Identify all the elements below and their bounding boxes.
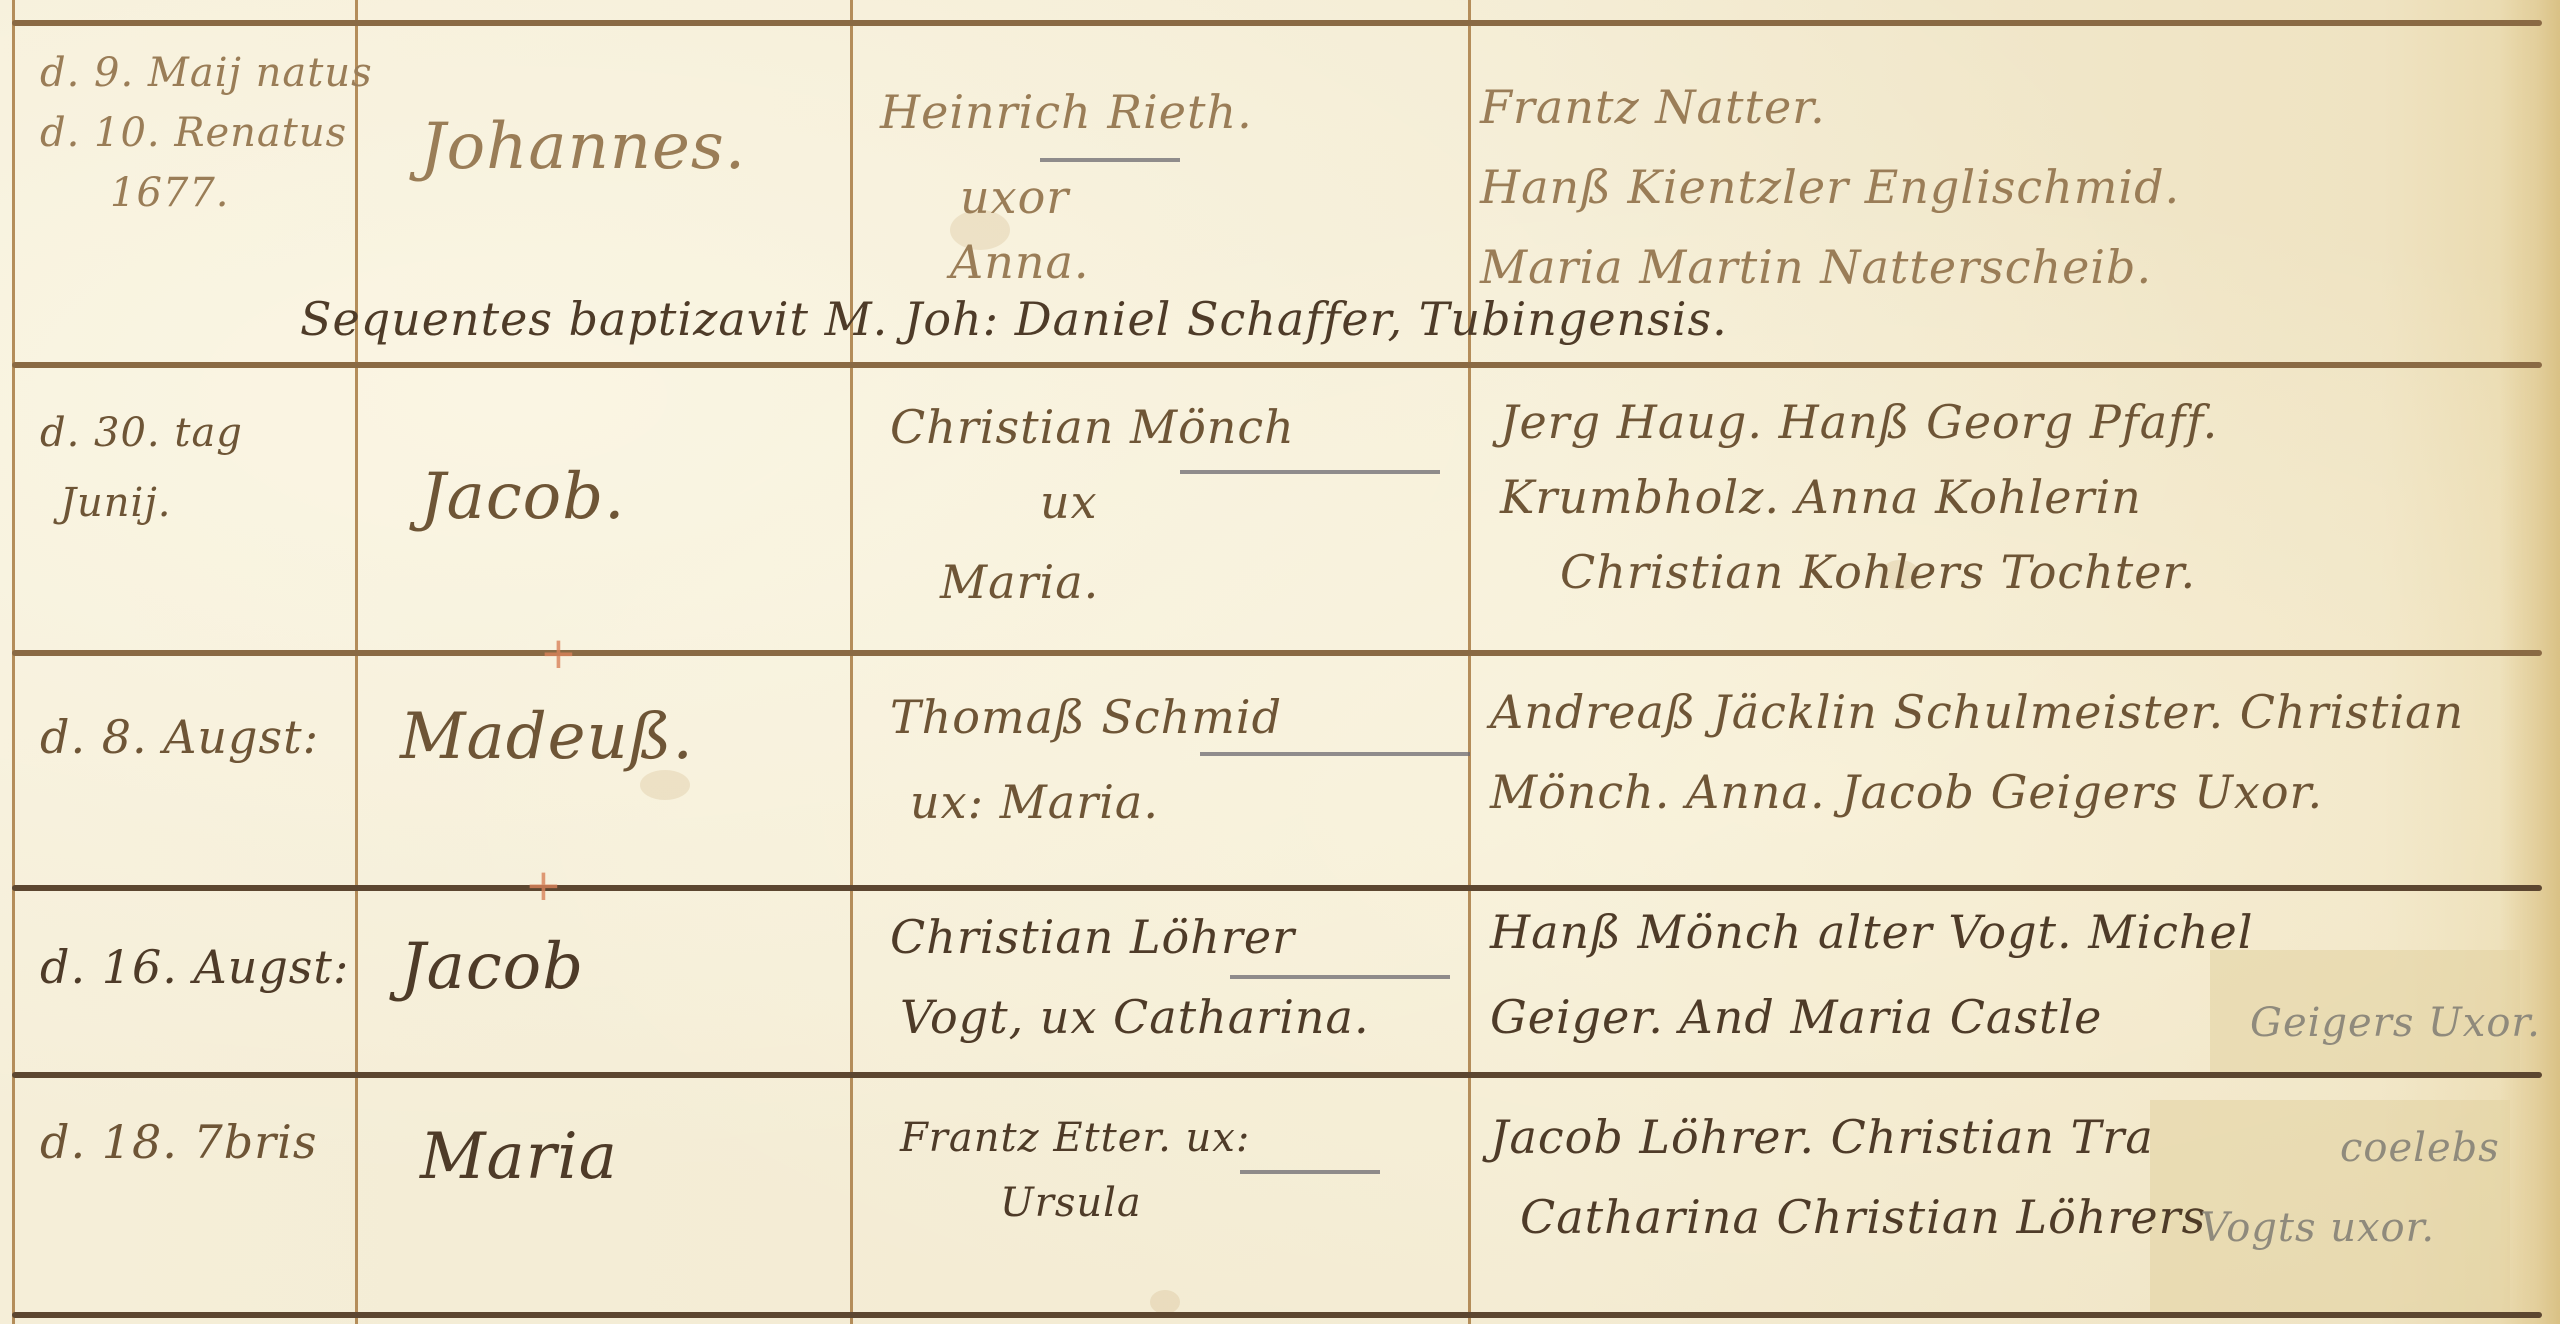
red-cross-mark: +	[525, 860, 562, 911]
godparents-line: Maria Martin Natterscheib.	[1480, 240, 2152, 294]
child-name: Jacob.	[420, 460, 626, 534]
parents-line: Maria.	[940, 555, 1099, 609]
date-line: d. 9. Maij natus	[40, 50, 373, 96]
pencil-addition: Geigers Uxor.	[2250, 1000, 2541, 1046]
column-rule	[12, 0, 15, 1324]
child-name: Jacob	[400, 930, 584, 1004]
date-line: d. 18. 7bris	[40, 1115, 318, 1169]
date-line: 1677.	[110, 170, 230, 216]
pencil-addition: coelebs	[2340, 1125, 2500, 1171]
child-name: Madeuß.	[400, 700, 694, 774]
godparents-line: Hanß Mönch alter Vogt. Michel	[1490, 905, 2253, 959]
godparents-line: Jacob Löhrer. Christian Tra	[1490, 1110, 2154, 1164]
paper-stain	[640, 770, 690, 800]
child-name: Johannes.	[420, 110, 746, 184]
row-rule	[12, 362, 2542, 368]
godparents-line: Krumbholz. Anna Kohlerin	[1500, 470, 2142, 524]
parents-line: Ursula	[1000, 1180, 1142, 1226]
godparents-line: Andreaß Jäcklin Schulmeister. Christian	[1490, 685, 2464, 739]
parents-line: Christian Mönch	[890, 400, 1295, 454]
paper-stain	[1150, 1290, 1180, 1314]
pencil-underline	[1200, 752, 1470, 756]
godparents-line: Frantz Natter.	[1480, 80, 1826, 134]
clergy-note: Sequentes baptizavit M. Joh: Daniel Scha…	[300, 292, 1728, 346]
parents-line: Christian Löhrer	[890, 910, 1295, 964]
parents-line: Frantz Etter. ux:	[900, 1115, 1250, 1161]
row-rule	[12, 650, 2542, 656]
row-rule	[12, 1072, 2542, 1078]
pencil-underline	[1180, 470, 1440, 474]
godparents-line: Mönch. Anna. Jacob Geigers Uxor.	[1490, 765, 2323, 819]
column-rule	[850, 0, 853, 1324]
row-rule	[12, 20, 2542, 26]
parents-line: ux	[1040, 475, 1098, 529]
parents-line: Vogt, ux Catharina.	[900, 990, 1370, 1044]
child-name: Maria	[420, 1120, 618, 1194]
column-rule	[355, 0, 358, 1324]
register-page: + + d. 9. Maij natus d. 10. Renatus 1677…	[0, 0, 2560, 1324]
column-rule	[1468, 0, 1471, 1324]
row-rule	[12, 885, 2542, 891]
godparents-line: Geiger. And Maria Castle	[1490, 990, 2102, 1044]
date-line: d. 8. Augst:	[40, 710, 319, 764]
date-line: Junij.	[60, 480, 171, 526]
parents-line: Heinrich Rieth.	[880, 85, 1253, 139]
date-line: d. 16. Augst:	[40, 940, 349, 994]
date-line: d. 30. tag	[40, 410, 243, 456]
pencil-underline	[1240, 1170, 1380, 1174]
parents-line: uxor	[960, 170, 1069, 224]
date-line: d. 10. Renatus	[40, 110, 347, 156]
row-rule	[12, 1312, 2542, 1318]
pencil-underline	[1230, 975, 1450, 979]
parents-line: Thomaß Schmid	[890, 690, 1282, 744]
godparents-line: Christian Kohlers Tochter.	[1560, 545, 2196, 599]
godparents-line: Hanß Kientzler Englischmid.	[1480, 160, 2180, 214]
parents-line: ux: Maria.	[910, 775, 1159, 829]
parents-line: Anna.	[950, 235, 1090, 289]
pencil-underline	[1040, 158, 1180, 162]
red-cross-mark: +	[540, 628, 577, 679]
godparents-line: Catharina Christian Löhrers	[1520, 1190, 2206, 1244]
pencil-addition: Vogts uxor.	[2200, 1205, 2435, 1251]
godparents-line: Jerg Haug. Hanß Georg Pfaff.	[1500, 395, 2218, 449]
